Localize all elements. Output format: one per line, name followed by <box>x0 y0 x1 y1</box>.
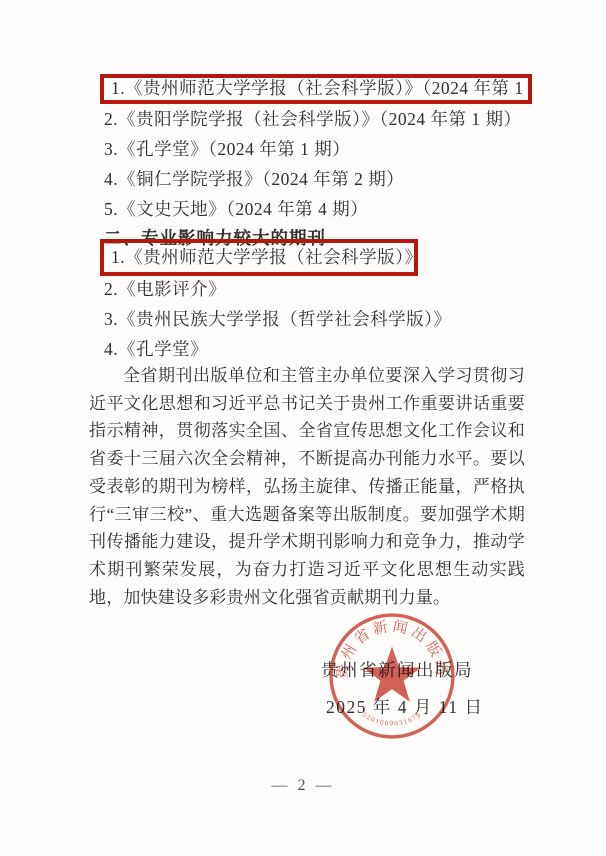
list-item: 3.《孔学堂》（2024 年第 1 期） <box>104 134 350 164</box>
list-item: 3.《贵州民族大学学报（哲学社会科学版）》 <box>104 304 451 334</box>
document-page: 1.《贵州师范大学学报（社会科学版）》（2024 年第 1 期） 2.《贵阳学院… <box>0 0 606 856</box>
star-icon <box>363 647 421 702</box>
list-item: 5.《文史天地》（2024 年第 4 期） <box>104 194 368 224</box>
svg-text:5201009031679: 5201009031679 <box>361 711 424 728</box>
highlight-box-1: 1.《贵州师范大学学报（社会科学版）》（2024 年第 1 期） <box>100 74 532 104</box>
list-item: 2.《电影评介》 <box>104 274 226 304</box>
page-number: — 2 — <box>0 777 606 795</box>
list-item: 4.《孔学堂》 <box>104 334 208 364</box>
list-item: 1.《贵州师范大学学报（社会科学版）》（2024 年第 1 期） <box>111 78 532 98</box>
official-seal-icon: 贵州省新闻出版局 5201009031679 <box>326 610 458 742</box>
highlight-box-2: 1.《贵州师范大学学报（社会科学版）》 <box>100 239 418 276</box>
seal-code: 5201009031679 <box>361 711 424 728</box>
list-item: 4.《铜仁学院学报》（2024 年第 2 期） <box>104 164 404 194</box>
list-item: 2.《贵阳学院学报（社会科学版）》（2024 年第 1 期） <box>104 104 522 134</box>
body-paragraph: 全省期刊出版单位和主管主办单位要深入学习贯彻习近平文化思想和习近平总书记关于贵州… <box>89 362 525 614</box>
list-item: 1.《贵州师范大学学报（社会科学版）》 <box>111 247 418 267</box>
